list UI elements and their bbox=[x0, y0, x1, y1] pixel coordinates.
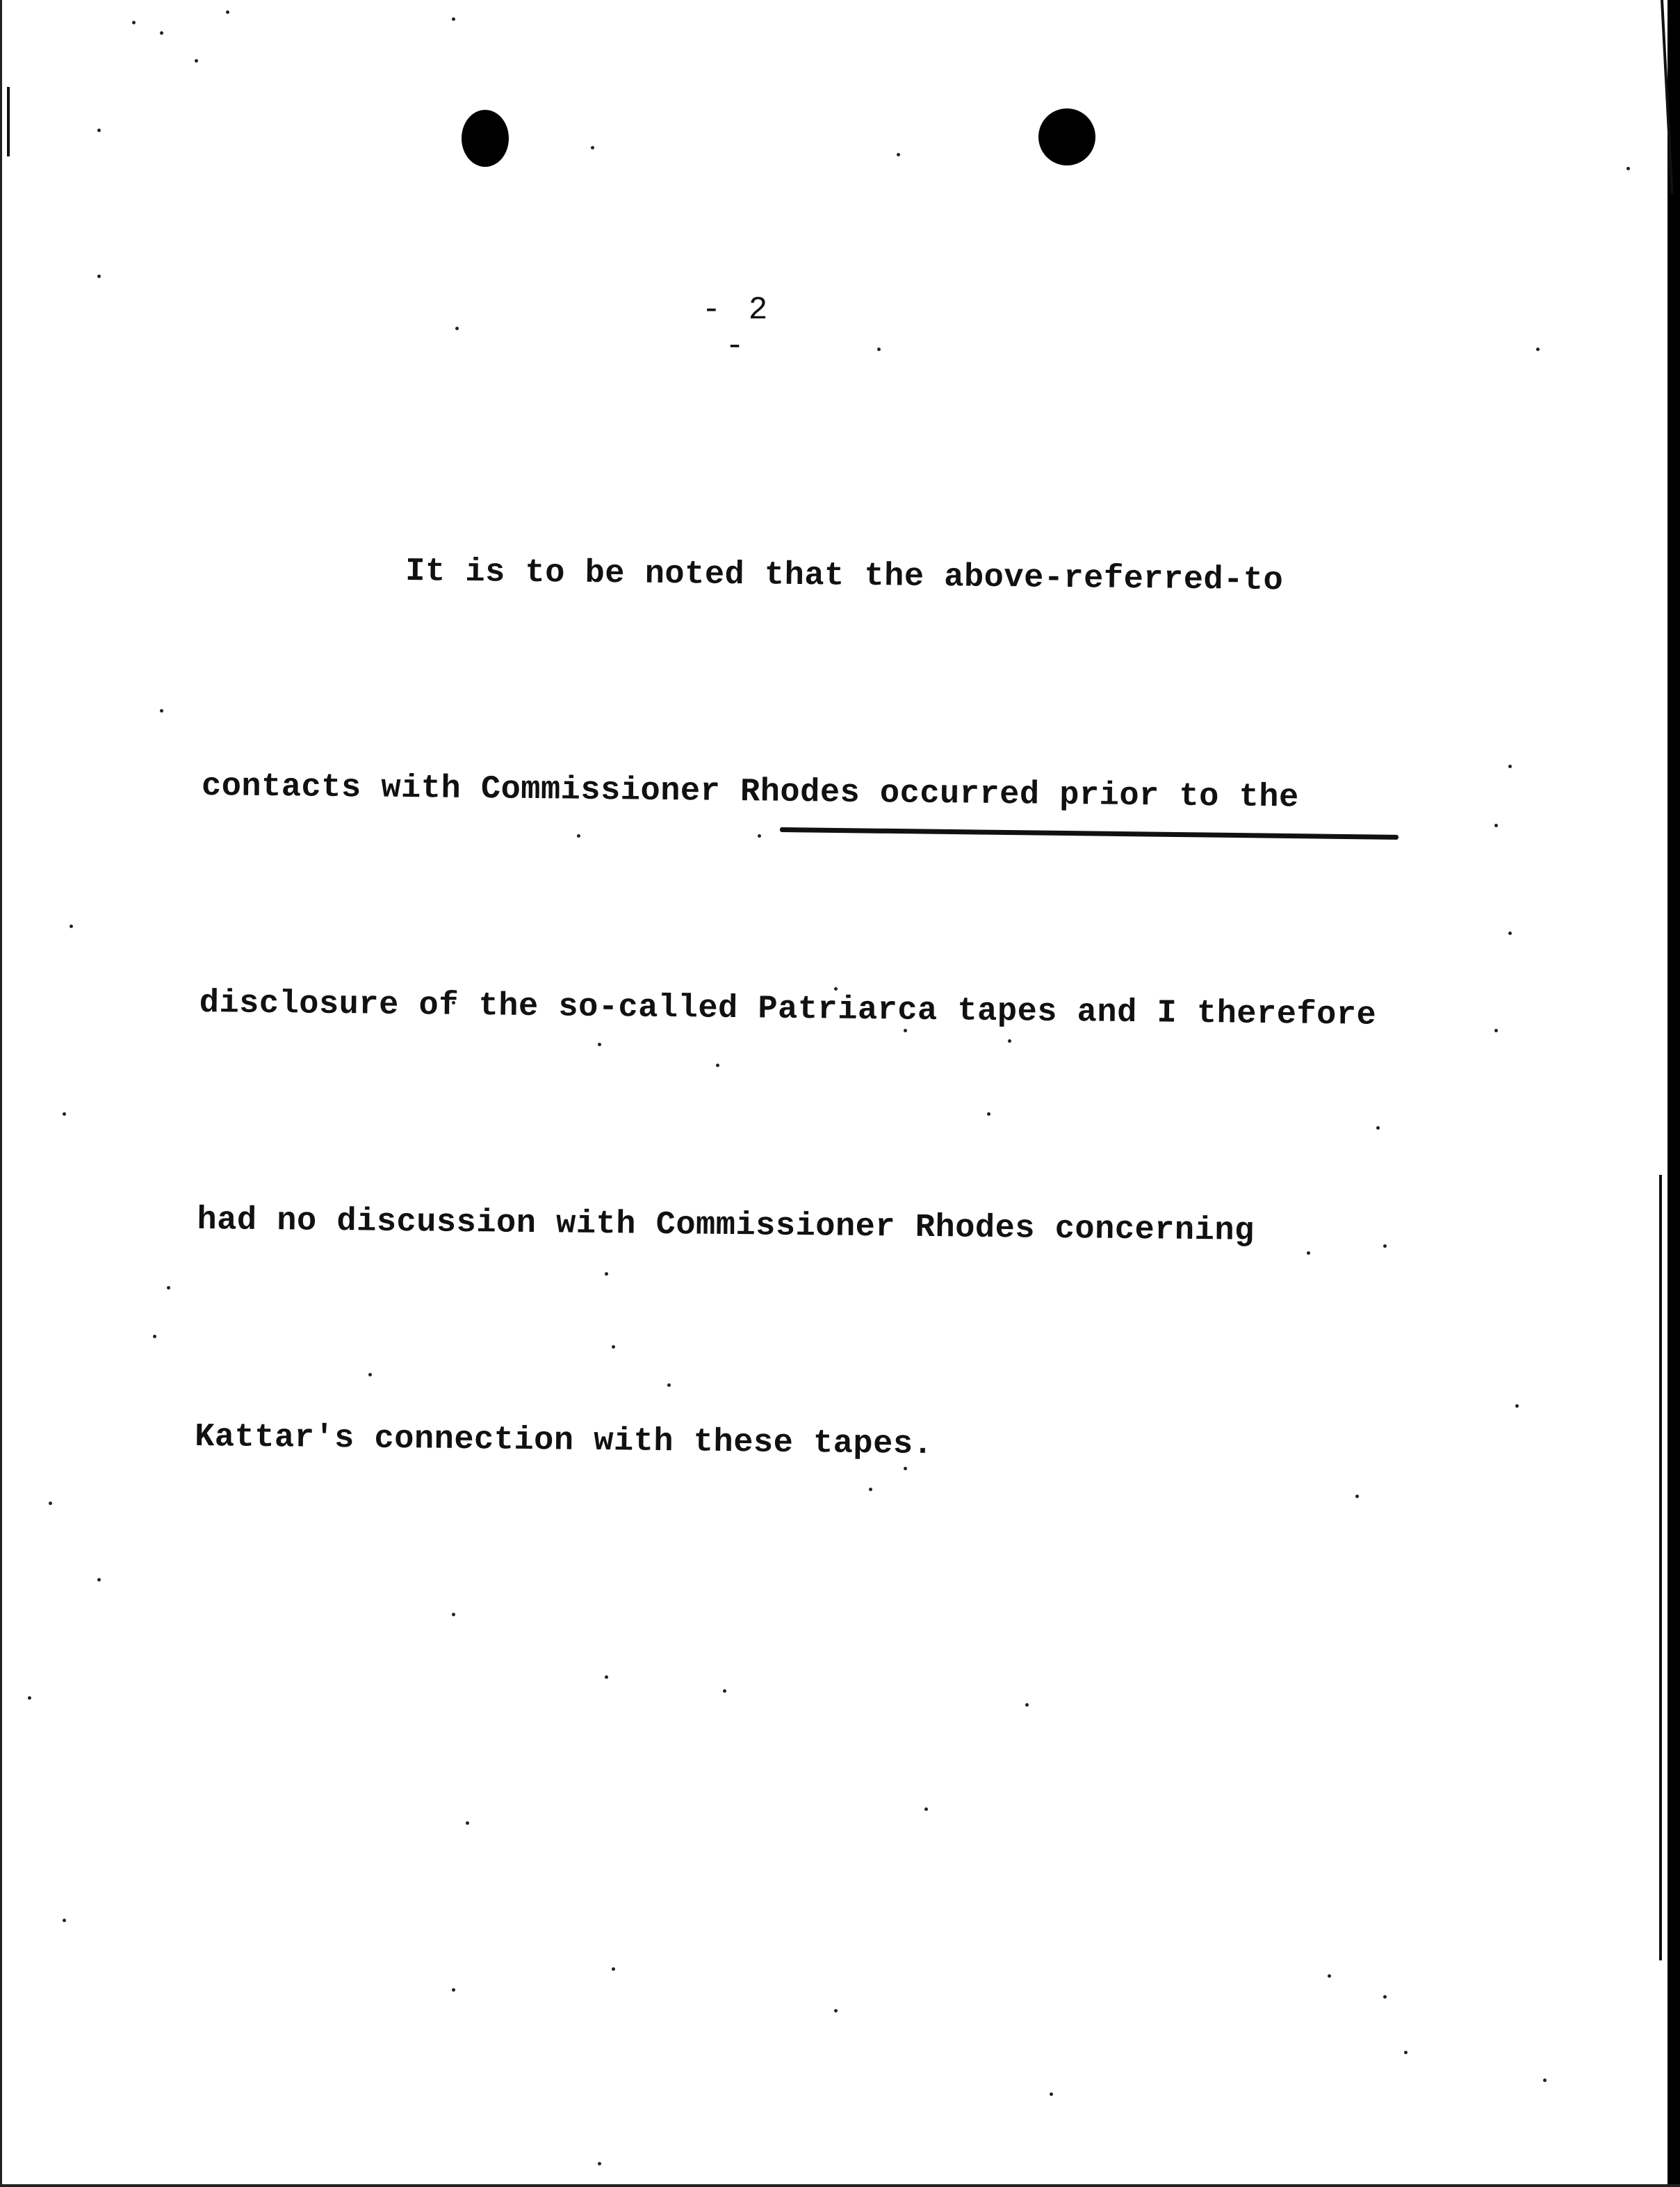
scan-speck bbox=[153, 1335, 156, 1338]
scan-speck bbox=[1494, 1029, 1498, 1032]
page-number: - 2 - bbox=[681, 292, 792, 364]
scan-speck bbox=[70, 925, 73, 928]
scan-speck bbox=[605, 1272, 608, 1276]
scan-speck bbox=[904, 1467, 907, 1470]
scan-speck bbox=[1404, 2051, 1408, 2054]
scan-speck bbox=[1383, 1995, 1387, 1999]
scan-speck bbox=[1008, 1039, 1011, 1043]
scan-speck bbox=[834, 2009, 838, 2013]
body-paragraph: It is to be noted that the above-referre… bbox=[193, 389, 1456, 1632]
scan-speck bbox=[1494, 824, 1498, 827]
scan-speck bbox=[758, 834, 761, 838]
scan-speck bbox=[452, 1001, 455, 1005]
scan-speck bbox=[598, 2162, 601, 2165]
scan-speck bbox=[612, 1345, 615, 1349]
scan-speck bbox=[452, 1988, 455, 1992]
scan-edge-right bbox=[1667, 0, 1680, 2187]
scan-speck bbox=[97, 275, 101, 278]
scan-speck bbox=[28, 1696, 31, 1700]
scan-speck bbox=[452, 17, 455, 21]
scan-speck bbox=[577, 834, 580, 838]
scan-speck bbox=[591, 146, 594, 149]
scan-speck bbox=[605, 1675, 608, 1679]
scan-speck bbox=[1543, 2079, 1547, 2082]
scan-speck bbox=[1376, 1126, 1380, 1130]
scan-speck bbox=[1328, 1974, 1331, 1978]
scan-speck bbox=[1025, 1703, 1029, 1707]
scan-speck bbox=[195, 59, 198, 63]
scan-speck bbox=[1626, 167, 1630, 170]
scan-speck bbox=[455, 327, 459, 330]
scan-edge-right-lower-mark bbox=[1659, 1175, 1662, 1960]
scan-speck bbox=[97, 129, 101, 132]
scan-speck bbox=[1383, 1244, 1387, 1248]
punch-hole-icon bbox=[1038, 108, 1095, 165]
punch-hole-icon bbox=[462, 110, 509, 167]
scan-speck bbox=[987, 1112, 990, 1116]
scan-speck bbox=[869, 1488, 872, 1491]
paragraph-line: Kattar's connection with these tapes. bbox=[195, 1401, 1446, 1487]
scan-speck bbox=[598, 1043, 601, 1046]
scan-speck bbox=[160, 709, 163, 713]
scan-speck bbox=[1307, 1251, 1310, 1255]
scan-speck bbox=[97, 1578, 101, 1582]
scan-speck bbox=[1355, 1495, 1359, 1498]
scan-speck bbox=[924, 1807, 928, 1811]
scan-speck bbox=[160, 31, 163, 35]
scan-edge-bottom bbox=[0, 2184, 1680, 2187]
scan-speck bbox=[132, 21, 136, 24]
scan-speck bbox=[1508, 932, 1512, 935]
scan-speck bbox=[466, 1821, 469, 1825]
scan-speck bbox=[716, 1064, 719, 1067]
scan-speck bbox=[63, 1919, 66, 1922]
scan-speck bbox=[1508, 765, 1512, 768]
scan-speck bbox=[877, 348, 881, 351]
scan-edge-left-mark bbox=[7, 87, 10, 156]
scan-speck bbox=[834, 987, 838, 991]
paragraph-line: had no discussion with Commissioner Rhod… bbox=[197, 1185, 1449, 1270]
document-page: - 2 - It is to be noted that the above-r… bbox=[0, 0, 1680, 2187]
scan-speck bbox=[452, 1613, 455, 1616]
paragraph-line: contacts with Commissioner Rhodes occurr… bbox=[201, 751, 1453, 836]
scan-speck bbox=[167, 1286, 170, 1290]
scan-edge-left bbox=[0, 0, 2, 2187]
scan-speck bbox=[368, 1373, 372, 1376]
paragraph-line: It is to be noted that the above-referre… bbox=[204, 534, 1455, 619]
scan-speck bbox=[1050, 2092, 1053, 2096]
scan-speck bbox=[1536, 348, 1540, 351]
scan-speck bbox=[612, 1967, 615, 1971]
scan-speck bbox=[1515, 1404, 1519, 1408]
scan-speck bbox=[226, 10, 229, 14]
scan-speck bbox=[1189, 1223, 1192, 1227]
scan-speck bbox=[723, 1689, 726, 1693]
scan-speck bbox=[667, 1383, 671, 1387]
scan-speck bbox=[897, 153, 900, 156]
scan-speck bbox=[63, 1112, 66, 1116]
scan-speck bbox=[49, 1502, 52, 1505]
scan-speck bbox=[904, 1029, 907, 1032]
paragraph-line: disclosure of the so-called Patriarca ta… bbox=[199, 968, 1451, 1053]
